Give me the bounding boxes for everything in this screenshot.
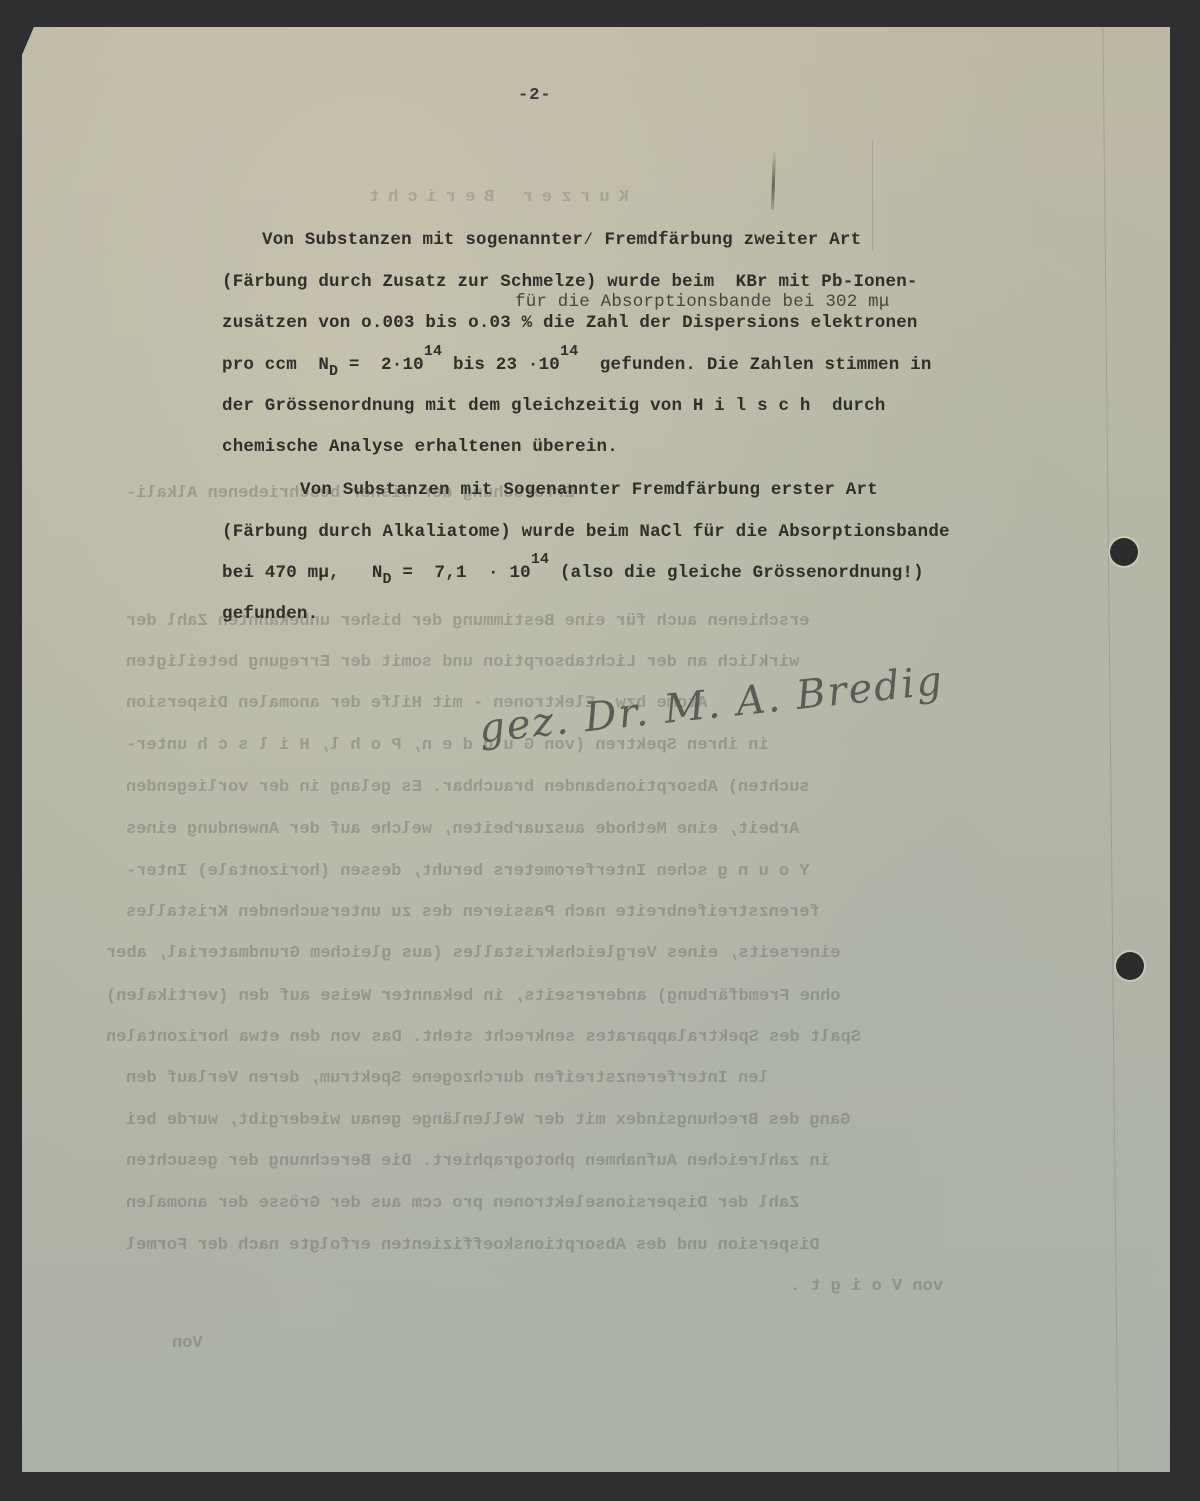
exponent: 14: [560, 343, 578, 360]
subscript: D: [383, 571, 392, 588]
bleed-through-line: in zahlreichen Aufnahmen photographiert.…: [126, 1152, 830, 1171]
text-line: Von Substanzen mit sogenannter⁄ Fremdfär…: [262, 230, 861, 250]
text-line: (Färbung durch Zusatz zur Schmelze) wurd…: [222, 272, 918, 292]
bleed-through-line: len Interferenzstreifen durchzogene Spek…: [126, 1069, 769, 1088]
text-line: (Färbung durch Alkaliatome) wurde beim N…: [222, 522, 950, 542]
bleed-through-line: wirklich an der Lichtabsorption und somi…: [126, 653, 799, 672]
text-line: chemische Analyse erhaltenen überein.: [222, 437, 618, 457]
interlinear-insert: für die Absorptionsbande bei 302 mμ: [515, 292, 890, 312]
text-line: zusätzen von o.003 bis o.03 % die Zahl d…: [222, 313, 918, 333]
bleed-through-line: Y o u n g schen Interferometers beruht, …: [126, 862, 810, 881]
text-line: gefunden.: [222, 604, 318, 624]
exponent: 14: [424, 343, 442, 360]
bleed-through-line: in ihren Spektren (von G u d d e n, P o …: [126, 736, 769, 755]
bleed-through-line: ohne Fremdfärbung) andererseits, in beka…: [106, 987, 841, 1006]
bleed-through-line: suchten) Absorptionsbanden brauchbar. Es…: [126, 778, 810, 797]
bleed-through-line: Zahl der Dispersionselektronen pro ccm a…: [126, 1194, 799, 1213]
exponent: 14: [531, 551, 549, 568]
bleed-through-line: von V o i g t .: [790, 1277, 943, 1296]
formula-line: pro ccm ND = 2·1014 bis 23 ·1014 gefunde…: [222, 355, 932, 375]
bleed-through-line: Spalt des Spektralapparates senkrecht st…: [106, 1028, 861, 1047]
bleed-through-footer: Von: [172, 1334, 203, 1353]
bleed-through-line: Gang des Brechungsindex mit der Wellenlä…: [126, 1111, 850, 1130]
bleed-through-header: Kurzer Bericht: [360, 188, 629, 207]
bleed-through-line: Dispersion und des Absorptionskoeffizien…: [126, 1236, 820, 1255]
formula-line: bei 470 mμ, ND = 7,1 · 1014 (also die gl…: [222, 563, 924, 583]
bleed-through-line: einerseits, eines Vergleichskristalles (…: [106, 944, 841, 963]
paper-crease: [872, 140, 873, 250]
punch-hole: [1116, 952, 1144, 980]
page-number: -2-: [518, 86, 552, 105]
bleed-through-line: Arbeit, eine Methode auszuarbeiten, welc…: [126, 820, 799, 839]
subscript: D: [329, 363, 338, 380]
punch-hole: [1110, 538, 1138, 566]
text-line: der Grössenordnung mit dem gleichzeitig …: [222, 396, 886, 416]
text-line: Von Substanzen mit Sogenannter Fremdfärb…: [300, 480, 878, 500]
bleed-through-line: ferenzstreifenbreite nach Passieren des …: [126, 903, 820, 922]
